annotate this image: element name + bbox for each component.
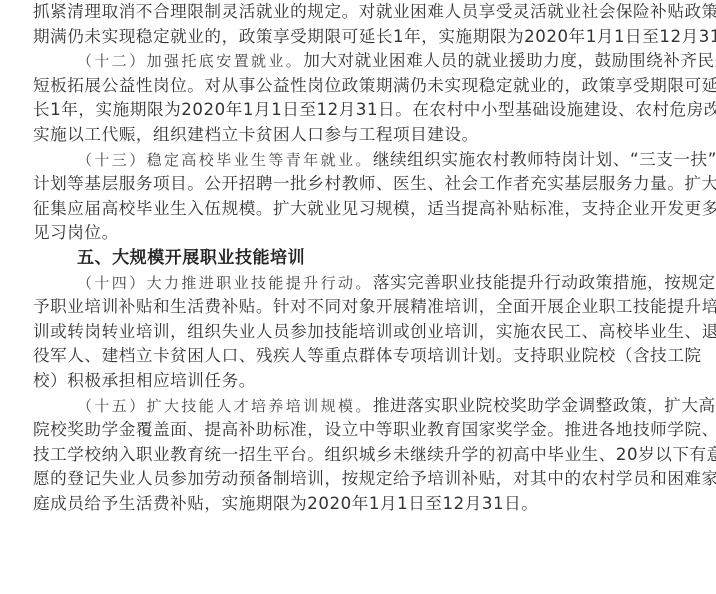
text-line: 抓紧清理取消不合理限制灵活就业的规定。对就业困难人员享受灵活就业社会保险补贴政策: [33, 0, 693, 25]
text-line: 予职业培训补贴和生活费补贴。针对不同对象开展精准培训，全面开展企业职工技能提升培: [33, 295, 693, 320]
text-run: 推进落实职业院校奖助学金调整政策，扩大高职: [373, 396, 716, 415]
text-run: 加大对就业困难人员的就业援助力度，鼓励围绕补齐民生: [303, 51, 716, 70]
text-line: 实施以工代赈，组织建档立卡贫困人口参与工程项目建设。: [33, 123, 693, 148]
text-line: 院校奖助学金覆盖面、提高补助标准，设立中等职业教育国家奖学金。推进各地技师学院、: [33, 418, 693, 443]
text-line: 技工学校纳入职业教育统一招生平台。组织城乡未继续升学的初高中毕业生、20岁以下有…: [33, 443, 693, 468]
text-line: 长1年，实施期限为2020年1月1日至12月31日。在农村中小型基础设施建设、农…: [33, 98, 693, 123]
text-line: 校）积极承担相应培训任务。: [33, 369, 693, 394]
text-line: 训或转岗转业培训，组织失业人员参加技能培训或创业培训，实施农民工、高校毕业生、退: [33, 320, 693, 345]
subheading-14: （十四）大力推进职业技能提升行动。: [77, 274, 373, 292]
section-heading-5: 五、大规模开展职业技能培训: [33, 246, 693, 271]
text-run: 落实完善职业技能提升行动政策措施，按规定给: [373, 273, 716, 292]
text-line: 短板拓展公益性岗位。对从事公益性岗位政策期满仍未实现稳定就业的，政策享受期限可延: [33, 74, 693, 99]
paragraph-15-start: （十五）扩大技能人才培养培训规模。推进落实职业院校奖助学金调整政策，扩大高职: [33, 394, 693, 419]
text-line: 计划等基层服务项目。公开招聘一批乡村教师、医生、社会工作者充实基层服务力量。扩大: [33, 172, 693, 197]
subheading-13: （十三）稳定高校毕业生等青年就业。: [77, 151, 373, 169]
text-line: 庭成员给予生活费补贴，实施期限为2020年1月1日至12月31日。: [33, 492, 693, 517]
text-line: 征集应届高校毕业生入伍规模。扩大就业见习规模，适当提高补贴标准，支持企业开发更多: [33, 197, 693, 222]
text-line: 役军人、建档立卡贫困人口、残疾人等重点群体专项培训计划。支持职业院校（含技工院: [33, 344, 693, 369]
paragraph-13-start: （十三）稳定高校毕业生等青年就业。继续组织实施农村教师特岗计划、“三支一扶”: [33, 148, 693, 173]
text-line: 期满仍未实现稳定就业的，政策享受期限可延长1年，实施期限为2020年1月1日至1…: [33, 25, 693, 50]
text-line: 愿的登记失业人员参加劳动预备制培训，按规定给予培训补贴，对其中的农村学员和困难家: [33, 467, 693, 492]
paragraph-14-start: （十四）大力推进职业技能提升行动。落实完善职业技能提升行动政策措施，按规定给: [33, 271, 693, 296]
paragraph-12-start: （十二）加强托底安置就业。加大对就业困难人员的就业援助力度，鼓励围绕补齐民生: [33, 49, 693, 74]
subheading-15: （十五）扩大技能人才培养培训规模。: [77, 397, 373, 415]
text-run: 继续组织实施农村教师特岗计划、“三支一扶”: [373, 150, 716, 169]
subheading-12: （十二）加强托底安置就业。: [77, 52, 303, 70]
document-body: 抓紧清理取消不合理限制灵活就业的规定。对就业困难人员享受灵活就业社会保险补贴政策…: [33, 0, 693, 516]
text-line: 见习岗位。: [33, 221, 693, 246]
